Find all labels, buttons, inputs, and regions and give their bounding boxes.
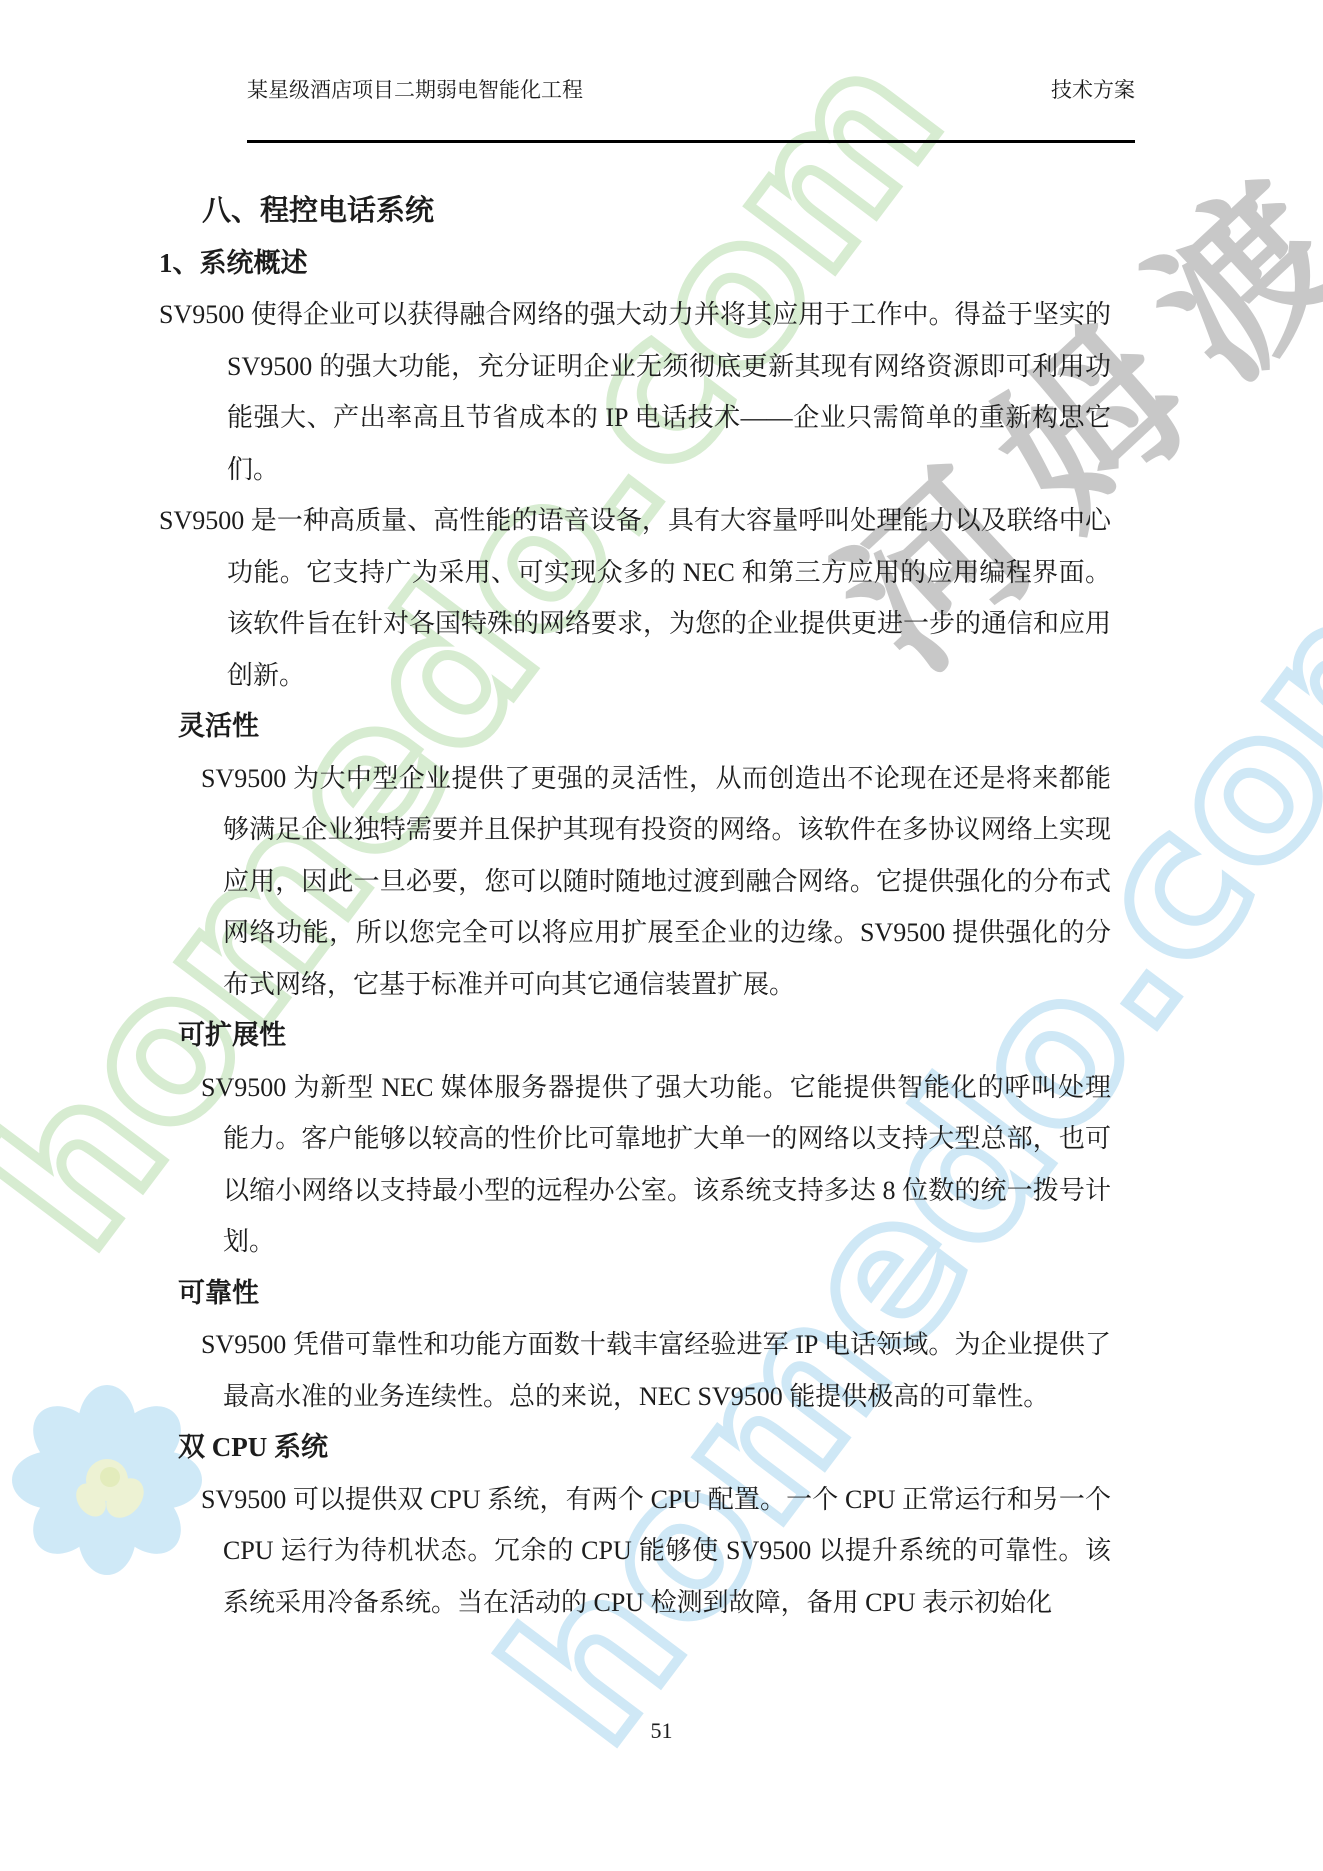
document-page: homedo.com homedo.com 河姆渡 某星级酒店项目二期弱电智能化…	[0, 0, 1323, 1871]
subsection-paragraph: SV9500 可以提供双 CPU 系统，有两个 CPU 配置。一个 CPU 正常…	[159, 1474, 1111, 1629]
chapter-title: 八、程控电话系统	[159, 186, 1111, 238]
header-project-title: 某星级酒店项目二期弱电智能化工程	[247, 76, 583, 104]
page-header: 某星级酒店项目二期弱电智能化工程 技术方案	[247, 76, 1135, 104]
overview-paragraph: SV9500 使得企业可以获得融合网络的强大动力并将其应用于工作中。得益于坚实的…	[159, 289, 1111, 495]
document-body: 八、程控电话系统 1、系统概述 SV9500 使得企业可以获得融合网络的强大动力…	[159, 186, 1111, 1628]
subsection-heading-reliability: 可靠性	[159, 1268, 1111, 1320]
overview-paragraph: SV9500 是一种高质量、高性能的语音设备，具有大容量呼叫处理能力以及联络中心…	[159, 495, 1111, 701]
subsection-heading-dual-cpu: 双 CPU 系统	[159, 1422, 1111, 1474]
header-doc-type: 技术方案	[1051, 76, 1135, 104]
page-number: 51	[0, 1718, 1323, 1744]
subsection-heading-scalability: 可扩展性	[159, 1010, 1111, 1062]
subsection-heading-flexibility: 灵活性	[159, 701, 1111, 753]
header-rule	[247, 140, 1135, 143]
subsection-paragraph: SV9500 为新型 NEC 媒体服务器提供了强大功能。它能提供智能化的呼叫处理…	[159, 1062, 1111, 1268]
section-title: 1、系统概述	[159, 238, 1111, 290]
subsection-paragraph: SV9500 为大中型企业提供了更强的灵活性，从而创造出不论现在还是将来都能够满…	[159, 753, 1111, 1011]
subsection-paragraph: SV9500 凭借可靠性和功能方面数十载丰富经验进军 IP 电话领域。为企业提供…	[159, 1319, 1111, 1422]
